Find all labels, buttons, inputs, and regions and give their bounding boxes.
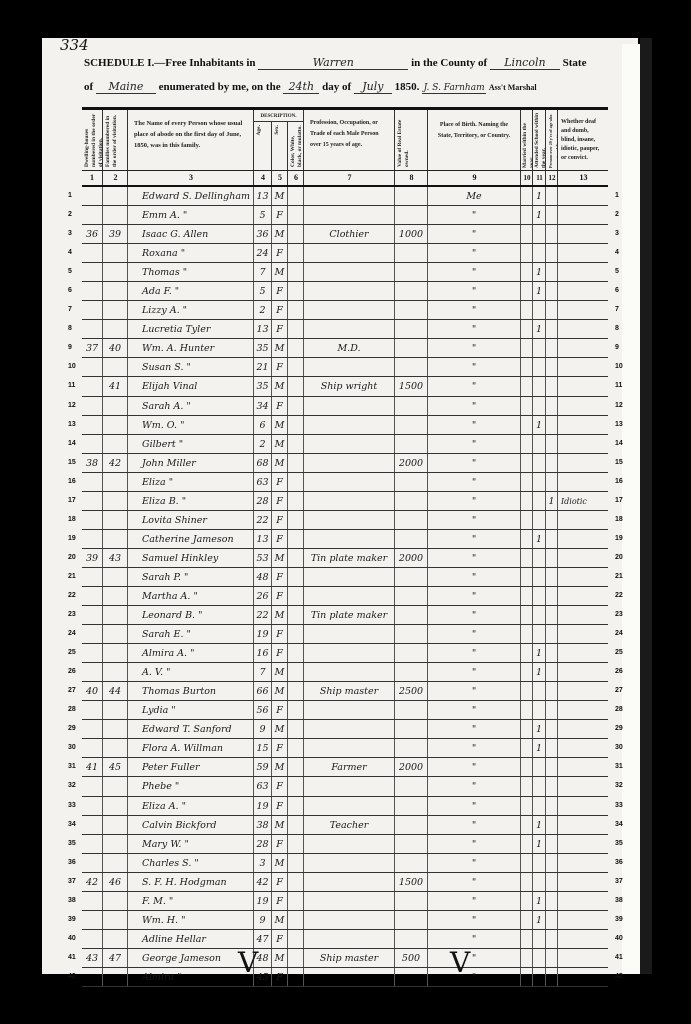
col-num: 11 xyxy=(532,171,546,185)
line-number: 21 xyxy=(615,568,623,586)
line-number: 32 xyxy=(615,777,623,795)
real-estate-value: 2000 xyxy=(394,454,427,472)
married-mark xyxy=(520,930,532,948)
person-name: Sarah P. " xyxy=(127,568,253,586)
sex: F xyxy=(271,358,287,376)
family-number xyxy=(102,282,127,300)
line-number: 28 xyxy=(615,701,623,719)
color xyxy=(287,282,303,300)
married-mark xyxy=(520,968,532,986)
person-name: Gilbert " xyxy=(127,435,253,453)
sex: M xyxy=(271,435,287,453)
col-num: 8 xyxy=(394,171,428,185)
married-mark xyxy=(520,282,532,300)
color xyxy=(287,758,303,776)
line-number: 8 xyxy=(68,320,72,338)
sex: M xyxy=(271,720,287,738)
school-mark: 1 xyxy=(532,911,545,929)
table-row: 16 Eliza " 63 F " 16 xyxy=(82,473,608,492)
illiterate-mark xyxy=(545,301,557,319)
sex: F xyxy=(271,777,287,795)
condition xyxy=(557,530,608,548)
table-row: 34 Calvin Bickford 38 M Teacher " 1 34 xyxy=(82,816,608,835)
real-estate-value: 2000 xyxy=(394,549,427,567)
color xyxy=(287,587,303,605)
occupation xyxy=(303,358,394,376)
line-number: 5 xyxy=(68,263,72,281)
school-mark xyxy=(532,454,545,472)
color xyxy=(287,644,303,662)
illiterate-mark xyxy=(545,511,557,529)
occupation xyxy=(303,854,394,872)
illiterate-mark xyxy=(545,758,557,776)
birthplace: " xyxy=(427,244,520,262)
table-row: 25 Almira A. " 16 F " 1 25 xyxy=(82,644,608,663)
age: 22 xyxy=(253,606,271,624)
family-number: 42 xyxy=(102,454,127,472)
family-number: 39 xyxy=(102,225,127,243)
illiterate-mark xyxy=(545,244,557,262)
birthplace: " xyxy=(427,644,520,662)
age: 13 xyxy=(253,187,271,205)
family-number xyxy=(102,435,127,453)
color xyxy=(287,777,303,795)
family-number xyxy=(102,206,127,224)
condition xyxy=(557,777,608,795)
birthplace: " xyxy=(427,892,520,910)
table-row: 40 Adline Hellar 47 F " 40 xyxy=(82,930,608,949)
occupation xyxy=(303,835,394,853)
age: 2 xyxy=(253,435,271,453)
sex: F xyxy=(271,587,287,605)
school-mark: 1 xyxy=(532,263,545,281)
school-mark xyxy=(532,377,545,395)
family-number xyxy=(102,797,127,815)
line-number: 23 xyxy=(615,606,623,624)
school-mark xyxy=(532,854,545,872)
line-number: 21 xyxy=(68,568,76,586)
school-mark: 1 xyxy=(532,739,545,757)
line-number: 15 xyxy=(615,454,623,472)
birthplace: " xyxy=(427,949,520,967)
line-number: 7 xyxy=(68,301,72,319)
real-estate-value xyxy=(394,282,427,300)
school-mark xyxy=(532,511,545,529)
real-estate-value xyxy=(394,358,427,376)
table-header: Dwelling-houses numbered in the order of… xyxy=(82,107,608,171)
of-label: of xyxy=(84,81,93,93)
age: 22 xyxy=(253,511,271,529)
illiterate-mark xyxy=(545,377,557,395)
school-mark xyxy=(532,339,545,357)
person-name: Edward S. Dellingham xyxy=(127,187,253,205)
birthplace: " xyxy=(427,301,520,319)
person-name: Almira A. " xyxy=(127,644,253,662)
illiterate-mark xyxy=(545,454,557,472)
condition xyxy=(557,587,608,605)
condition xyxy=(557,206,608,224)
person-name: Martha A. " xyxy=(127,587,253,605)
dwelling-number xyxy=(82,511,102,529)
age: 66 xyxy=(253,682,271,700)
age: 59 xyxy=(253,758,271,776)
state-label: State xyxy=(563,57,587,69)
occupation xyxy=(303,701,394,719)
illiterate-mark xyxy=(545,225,557,243)
illiterate-mark xyxy=(545,663,557,681)
occupation: Ship wright xyxy=(303,377,394,395)
line-number: 42 xyxy=(615,968,623,986)
table-row: 8 Lucretia Tyler 13 F " 1 8 xyxy=(82,320,608,339)
school-mark: 1 xyxy=(532,663,545,681)
line-number: 19 xyxy=(615,530,623,548)
table-row: 14 Gilbert " 2 M " 14 xyxy=(82,435,608,454)
occupation xyxy=(303,473,394,491)
school-mark xyxy=(532,244,545,262)
married-mark xyxy=(520,797,532,815)
age: 35 xyxy=(253,377,271,395)
schedule-title-line: SCHEDULE I.—Free Inhabitants in Warren i… xyxy=(84,56,586,70)
birthplace: " xyxy=(427,568,520,586)
family-number xyxy=(102,320,127,338)
family-number xyxy=(102,511,127,529)
birthplace: " xyxy=(427,720,520,738)
school-mark xyxy=(532,968,545,986)
dwelling-number xyxy=(82,739,102,757)
occupation xyxy=(303,777,394,795)
occupation xyxy=(303,930,394,948)
col-num: 7 xyxy=(303,171,395,185)
color xyxy=(287,549,303,567)
line-number: 24 xyxy=(615,625,623,643)
dwelling-number xyxy=(82,701,102,719)
real-estate-value xyxy=(394,587,427,605)
line-number: 10 xyxy=(615,358,623,376)
married-mark xyxy=(520,682,532,700)
table-row: 13 Wm. O. " 6 M " 1 13 xyxy=(82,416,608,435)
condition xyxy=(557,187,608,205)
illiterate-mark xyxy=(545,777,557,795)
table-row: 1 Edward S. Dellingham 13 M Me 1 1 xyxy=(82,187,608,206)
dwelling-number xyxy=(82,473,102,491)
person-name: Lydia " xyxy=(127,701,253,719)
condition xyxy=(557,606,608,624)
line-number: 35 xyxy=(615,835,623,853)
line-number: 34 xyxy=(615,816,623,834)
occupation: Teacher xyxy=(303,816,394,834)
family-number xyxy=(102,892,127,910)
line-number: 12 xyxy=(615,397,623,415)
person-name: Catherine Jameson xyxy=(127,530,253,548)
sex: M xyxy=(271,339,287,357)
person-name: Thomas Burton xyxy=(127,682,253,700)
occupation xyxy=(303,644,394,662)
age: 9 xyxy=(253,720,271,738)
real-estate-value xyxy=(394,930,427,948)
line-number: 11 xyxy=(615,377,622,395)
real-estate-value xyxy=(394,777,427,795)
illiterate-mark xyxy=(545,854,557,872)
color xyxy=(287,739,303,757)
real-estate-value xyxy=(394,606,427,624)
occupation xyxy=(303,301,394,319)
table-row: 42 Almira " 45 F " 42 xyxy=(82,968,608,987)
age: 2 xyxy=(253,301,271,319)
col-school-header: Attended School within the year. xyxy=(534,112,545,168)
school-mark: 1 xyxy=(532,835,545,853)
age: 5 xyxy=(253,282,271,300)
real-estate-value xyxy=(394,339,427,357)
color xyxy=(287,949,303,967)
real-estate-value xyxy=(394,244,427,262)
school-mark xyxy=(532,397,545,415)
birthplace: " xyxy=(427,758,520,776)
schedule-label: SCHEDULE I.—Free Inhabitants in xyxy=(84,57,256,69)
dwelling-number: 39 xyxy=(82,549,102,567)
dwelling-number xyxy=(82,263,102,281)
check-mark: V xyxy=(238,946,258,979)
col-birthplace-header: Place of Birth. Naming the State, Territ… xyxy=(427,110,520,170)
school-mark xyxy=(532,473,545,491)
line-number: 38 xyxy=(68,892,76,910)
table-row: 12 Sarah A. " 34 F " 12 xyxy=(82,397,608,416)
birthplace: " xyxy=(427,320,520,338)
illiterate-mark xyxy=(545,720,557,738)
occupation xyxy=(303,282,394,300)
line-number: 17 xyxy=(68,492,76,510)
col-occupation-header: Profession, Occupation, or Trade of each… xyxy=(303,110,394,170)
real-estate-value xyxy=(394,835,427,853)
condition xyxy=(557,568,608,586)
line-number: 7 xyxy=(615,301,619,319)
color xyxy=(287,854,303,872)
line-number: 27 xyxy=(68,682,76,700)
family-number xyxy=(102,663,127,681)
family-number: 41 xyxy=(102,377,127,395)
sex: M xyxy=(271,225,287,243)
person-name: Eliza B. " xyxy=(127,492,253,510)
married-mark xyxy=(520,587,532,605)
occupation xyxy=(303,568,394,586)
enumeration-line: of Maine enumerated by me, on the 24th d… xyxy=(84,80,537,94)
age: 68 xyxy=(253,454,271,472)
age: 63 xyxy=(253,777,271,795)
birthplace: " xyxy=(427,511,520,529)
color xyxy=(287,606,303,624)
dwelling-number xyxy=(82,187,102,205)
color xyxy=(287,320,303,338)
color xyxy=(287,568,303,586)
illiterate-mark: 1 xyxy=(545,492,557,510)
col-age-header: Age. xyxy=(256,125,263,136)
family-number xyxy=(102,930,127,948)
line-number: 6 xyxy=(615,282,619,300)
school-mark xyxy=(532,606,545,624)
person-name: Wm. O. " xyxy=(127,416,253,434)
line-number: 17 xyxy=(615,492,623,510)
person-name: John Miller xyxy=(127,454,253,472)
married-mark xyxy=(520,263,532,281)
condition xyxy=(557,663,608,681)
table-row: 19 Catherine Jameson 13 F " 1 19 xyxy=(82,530,608,549)
family-number xyxy=(102,187,127,205)
age: 28 xyxy=(253,492,271,510)
person-name: Eliza A. " xyxy=(127,797,253,815)
school-mark: 1 xyxy=(532,644,545,662)
line-number: 29 xyxy=(68,720,76,738)
school-mark xyxy=(532,625,545,643)
illiterate-mark xyxy=(545,282,557,300)
illiterate-mark xyxy=(545,530,557,548)
family-number xyxy=(102,968,127,986)
condition xyxy=(557,511,608,529)
person-name: Isaac G. Allen xyxy=(127,225,253,243)
line-number: 1 xyxy=(615,187,619,205)
dwelling-number xyxy=(82,530,102,548)
marshal-field: J. S. Farnham xyxy=(422,83,486,94)
real-estate-value xyxy=(394,397,427,415)
col-color-header: Color, White, black, or mulatto. xyxy=(290,125,303,167)
line-number: 31 xyxy=(615,758,623,776)
dwelling-number xyxy=(82,777,102,795)
birthplace: " xyxy=(427,930,520,948)
color xyxy=(287,720,303,738)
real-estate-value xyxy=(394,511,427,529)
age: 6 xyxy=(253,416,271,434)
table-row: 17 Eliza B. " 28 F " 1 Idiotic 17 xyxy=(82,492,608,511)
line-number: 9 xyxy=(68,339,72,357)
person-name: Calvin Bickford xyxy=(127,816,253,834)
line-number: 29 xyxy=(615,720,623,738)
line-number: 10 xyxy=(68,358,76,376)
dwelling-number xyxy=(82,377,102,395)
line-number: 4 xyxy=(615,244,619,262)
line-number: 37 xyxy=(68,873,76,891)
birthplace: " xyxy=(427,835,520,853)
dwelling-number xyxy=(82,816,102,834)
sex: F xyxy=(271,797,287,815)
line-number: 22 xyxy=(68,587,76,605)
line-number: 2 xyxy=(615,206,619,224)
color xyxy=(287,377,303,395)
age: 24 xyxy=(253,244,271,262)
line-number: 40 xyxy=(615,930,623,948)
school-mark: 1 xyxy=(532,282,545,300)
color xyxy=(287,816,303,834)
line-number: 6 xyxy=(68,282,72,300)
census-table: Dwelling-houses numbered in the order of… xyxy=(82,107,608,987)
illiterate-mark xyxy=(545,320,557,338)
line-number: 39 xyxy=(68,911,76,929)
real-estate-value xyxy=(394,663,427,681)
married-mark xyxy=(520,473,532,491)
illiterate-mark xyxy=(545,797,557,815)
condition xyxy=(557,644,608,662)
birthplace: " xyxy=(427,701,520,719)
married-mark xyxy=(520,758,532,776)
person-name: Peter Fuller xyxy=(127,758,253,776)
birthplace: " xyxy=(427,968,520,986)
person-name: Samuel Hinkley xyxy=(127,549,253,567)
real-estate-value: 2000 xyxy=(394,758,427,776)
sex: F xyxy=(271,892,287,910)
age: 19 xyxy=(253,797,271,815)
family-number xyxy=(102,358,127,376)
sex: F xyxy=(271,930,287,948)
person-name: Edward T. Sanford xyxy=(127,720,253,738)
school-mark xyxy=(532,777,545,795)
married-mark xyxy=(520,187,532,205)
line-number: 9 xyxy=(615,339,619,357)
school-mark: 1 xyxy=(532,416,545,434)
condition xyxy=(557,835,608,853)
birthplace: " xyxy=(427,797,520,815)
person-name: F. M. " xyxy=(127,892,253,910)
col-num: 4 xyxy=(253,171,272,185)
table-row: 11 41 Elijah Vinal 35 M Ship wright 1500… xyxy=(82,377,608,396)
dwelling-number xyxy=(82,835,102,853)
color xyxy=(287,206,303,224)
birthplace: " xyxy=(427,397,520,415)
col-illiterate-header: Persons over 20 y'rs of age who cannot r… xyxy=(547,112,557,168)
person-name: Lucretia Tyler xyxy=(127,320,253,338)
sex: F xyxy=(271,244,287,262)
sex: M xyxy=(271,949,287,967)
line-number: 1 xyxy=(68,187,72,205)
age: 7 xyxy=(253,663,271,681)
condition xyxy=(557,758,608,776)
illiterate-mark xyxy=(545,473,557,491)
line-number: 3 xyxy=(615,225,619,243)
age: 53 xyxy=(253,549,271,567)
county-field: Lincoln xyxy=(490,56,560,70)
family-number xyxy=(102,720,127,738)
dwelling-number: 41 xyxy=(82,758,102,776)
condition xyxy=(557,930,608,948)
family-number xyxy=(102,911,127,929)
real-estate-value: 2500 xyxy=(394,682,427,700)
birthplace: " xyxy=(427,816,520,834)
person-name: Thomas " xyxy=(127,263,253,281)
birthplace: Me xyxy=(427,187,520,205)
sex: M xyxy=(271,682,287,700)
condition xyxy=(557,949,608,967)
line-number: 41 xyxy=(68,949,76,967)
birthplace: " xyxy=(427,282,520,300)
condition xyxy=(557,720,608,738)
birthplace: " xyxy=(427,663,520,681)
occupation: Farmer xyxy=(303,758,394,776)
sex: F xyxy=(271,473,287,491)
table-row: 29 Edward T. Sanford 9 M " 1 29 xyxy=(82,720,608,739)
line-number: 26 xyxy=(68,663,76,681)
line-number: 38 xyxy=(615,892,623,910)
age: 56 xyxy=(253,701,271,719)
birthplace: " xyxy=(427,873,520,891)
color xyxy=(287,682,303,700)
real-estate-value xyxy=(394,816,427,834)
color xyxy=(287,663,303,681)
line-number: 26 xyxy=(615,663,623,681)
married-mark xyxy=(520,644,532,662)
col-real-estate-header: Value of Real Estate owned. xyxy=(397,113,411,167)
family-number: 45 xyxy=(102,758,127,776)
condition xyxy=(557,263,608,281)
month-field: July xyxy=(354,80,392,94)
sex: M xyxy=(271,816,287,834)
dwelling-number xyxy=(82,930,102,948)
color xyxy=(287,263,303,281)
